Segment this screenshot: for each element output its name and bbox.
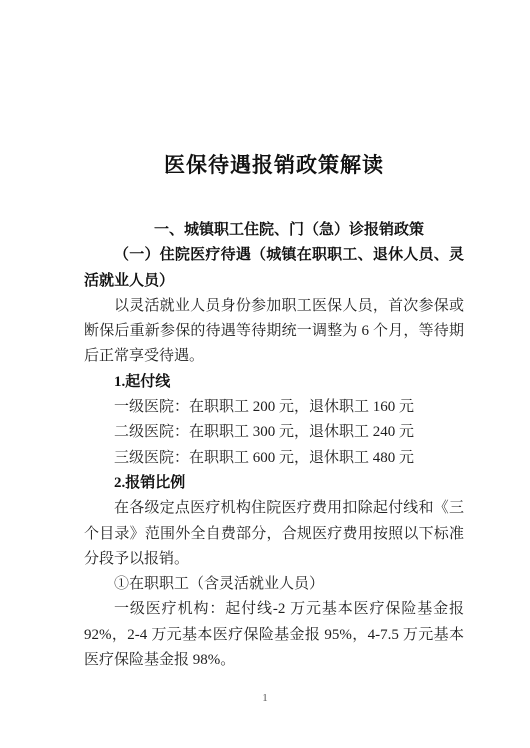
- document-page: 医保待遇报销政策解读 一、城镇职工住院、门（急）诊报销政策（一）住院医疗待遇（城…: [0, 0, 530, 748]
- deductible-tier2-line: 二级医院：在职职工 300 元，退休职工 240 元: [84, 420, 464, 445]
- reimbursement-intro-paragraph: 在各级定点医疗机构住院医疗费用扣除起付线和《三个目录》范围外全自费部分，合规医疗…: [84, 496, 464, 572]
- document-content: 医保待遇报销政策解读 一、城镇职工住院、门（急）诊报销政策（一）住院医疗待遇（城…: [84, 148, 464, 673]
- section-1-heading: 一、城镇职工住院、门（急）诊报销政策: [84, 218, 464, 243]
- subsection-1-heading: （一）住院医疗待遇（城镇在职职工、退休人员、灵活就业人员）: [84, 243, 464, 294]
- tier1-ratio-paragraph: 一级医疗机构：起付线-2 万元基本医疗保险基金报 92%，2-4 万元基本医疗保…: [84, 597, 464, 673]
- deductible-tier1-line: 一级医院：在职职工 200 元，退休职工 160 元: [84, 395, 464, 420]
- deductible-heading: 1.起付线: [84, 370, 464, 395]
- waiting-period-paragraph: 以灵活就业人员身份参加职工医保人员，首次参保或断保后重新参保的待遇等待期统一调整…: [84, 294, 464, 370]
- document-body: 一、城镇职工住院、门（急）诊报销政策（一）住院医疗待遇（城镇在职职工、退休人员、…: [84, 218, 464, 673]
- reimbursement-ratio-heading: 2.报销比例: [84, 471, 464, 496]
- document-title: 医保待遇报销政策解读: [84, 148, 464, 182]
- active-employee-item: ①在职职工（含灵活就业人员）: [84, 572, 464, 597]
- page-number: 1: [0, 691, 530, 705]
- deductible-tier3-line: 三级医院：在职职工 600 元，退休职工 480 元: [84, 446, 464, 471]
